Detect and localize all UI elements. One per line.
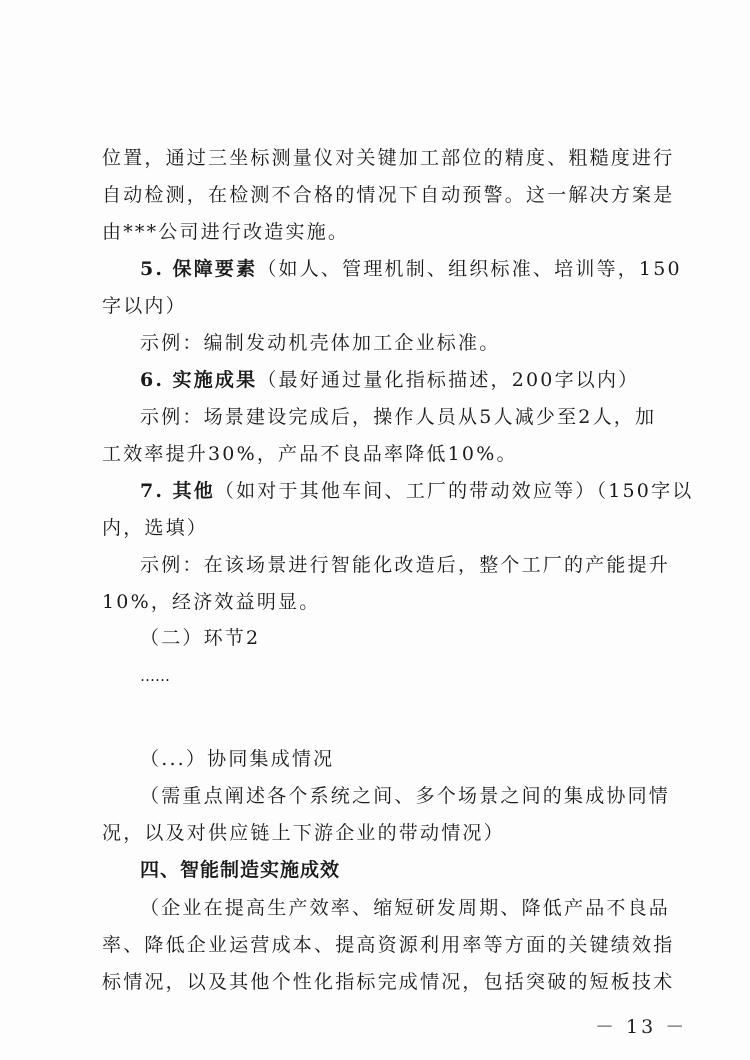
subsection-2-heading: （二）环节2	[140, 626, 650, 650]
document-page: 位置，通过三坐标测量仪对关键加工部位的精度、粗糙度进行 自动检测，在检测不合格的…	[0, 0, 750, 1060]
section-7-title: 其他	[173, 480, 215, 502]
body-text-line: 位置，通过三坐标测量仪对关键加工部位的精度、粗糙度进行	[102, 146, 650, 170]
section-6-note: （最好通过量化指标描述，200字以内）	[257, 369, 639, 391]
section-5-note: （如人、管理机制、组织标准、培训等，150	[257, 258, 681, 280]
part-4-desc: （企业在提高生产效率、缩短研发周期、降低产品不良品	[140, 896, 650, 920]
section-7-example: 示例：在该场景进行智能化改造后，整个工厂的产能提升	[140, 553, 650, 577]
part-4-desc-continued: 率、降低企业运营成本、提高资源利用率等方面的关键绩效指	[102, 933, 650, 957]
section-6-number: 6.	[140, 369, 164, 391]
section-6-heading: 6. 实施成果（最好通过量化指标描述，200字以内）	[140, 368, 650, 392]
section-5-title: 保障要素	[173, 258, 258, 280]
section-5-note-continued: 字以内）	[102, 294, 650, 318]
collaboration-desc-continued: 况，以及对供应链上下游企业的带动情况）	[102, 821, 650, 845]
section-6-title: 实施成果	[173, 369, 258, 391]
section-5-example: 示例：编制发动机壳体加工企业标准。	[140, 331, 650, 355]
section-7-number: 7.	[140, 480, 164, 502]
section-5-heading: 5. 保障要素（如人、管理机制、组织标准、培训等，150	[140, 257, 650, 281]
section-7-note: （如对于其他车间、工厂的带动效应等）（150字以	[215, 480, 694, 502]
collaboration-heading: （...）协同集成情况	[140, 747, 650, 771]
collaboration-desc: （需重点阐述各个系统之间、多个场景之间的集成协同情	[140, 784, 650, 808]
part-4-heading: 四、智能制造实施成效	[140, 858, 650, 882]
body-text-line: 由***公司进行改造实施。	[102, 220, 650, 244]
page-number: － 13 －	[595, 1012, 687, 1039]
ellipsis: ……	[140, 664, 650, 688]
section-5-number: 5.	[140, 258, 164, 280]
section-7-example-continued: 10%，经济效益明显。	[102, 590, 650, 614]
section-6-example: 示例：场景建设完成后，操作人员从5人减少至2人，加	[140, 405, 650, 429]
part-4-desc-continued: 标情况，以及其他个性化指标完成情况，包括突破的短板技术	[102, 970, 650, 994]
section-6-example-continued: 工效率提升30%，产品不良品率降低10%。	[102, 442, 650, 466]
section-7-heading: 7. 其他（如对于其他车间、工厂的带动效应等）（150字以	[140, 479, 650, 503]
body-text-line: 自动检测，在检测不合格的情况下自动预警。这一解决方案是	[102, 183, 650, 207]
section-7-note-continued: 内，选填）	[102, 516, 650, 540]
